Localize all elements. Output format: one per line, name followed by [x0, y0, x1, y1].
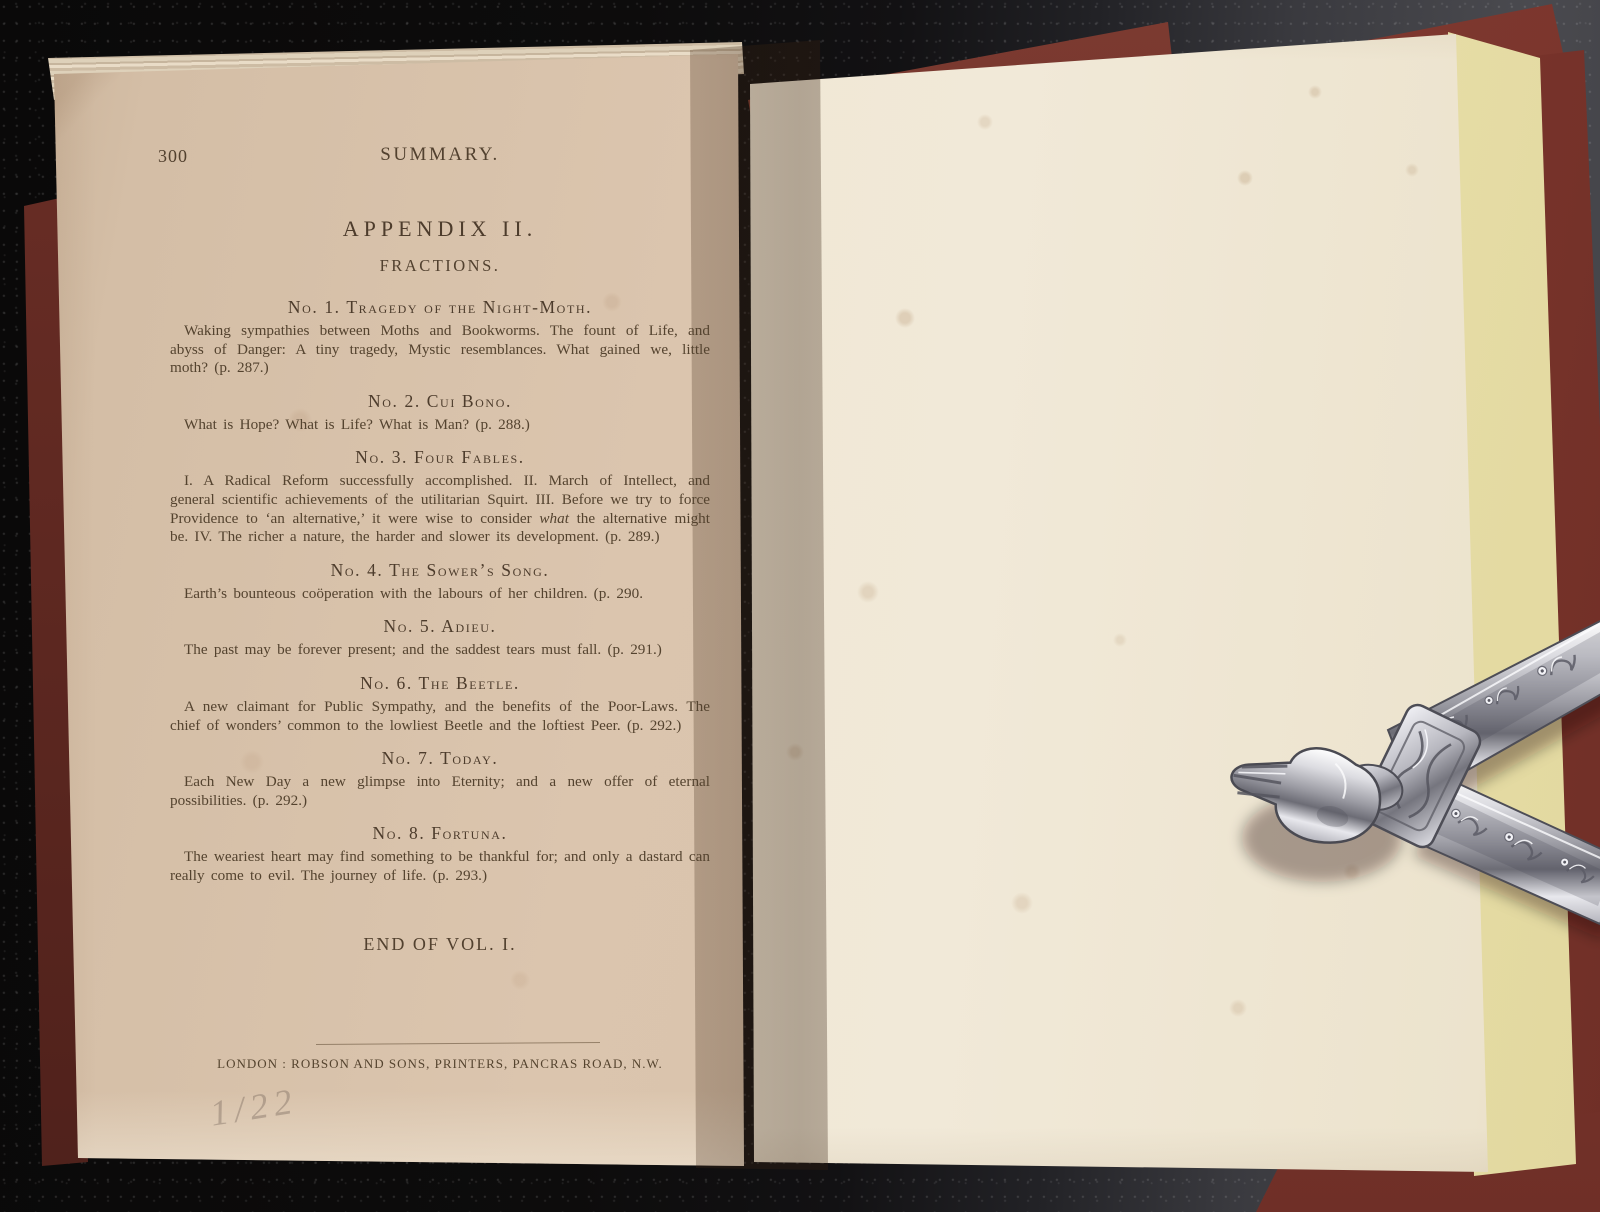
page-number: 300	[158, 146, 188, 167]
appendix-subtitle: FRACTIONS.	[170, 256, 710, 276]
printer-imprint: LONDON : ROBSON AND SONS, PRINTERS, PANC…	[170, 1056, 710, 1072]
section-body: Earth’s bounteous coöperation with the l…	[170, 585, 710, 604]
summary-section: No. 4. The Sower’s Song. Earth’s bounteo…	[170, 560, 710, 604]
section-body: The past may be forever present; and the…	[170, 641, 710, 660]
section-heading: No. 1. Tragedy of the Night-Moth.	[170, 297, 710, 317]
section-heading: No. 5. Adieu.	[170, 616, 710, 636]
appendix-title: APPENDIX II.	[170, 216, 710, 242]
pencil-mark: 1/22	[207, 1079, 301, 1134]
section-heading: No. 3. Four Fables.	[170, 447, 710, 467]
summary-section: No. 2. Cui Bono. What is Hope? What is L…	[170, 391, 710, 435]
section-body: Waking sympathies between Moths and Book…	[170, 322, 710, 378]
section-heading: No. 6. The Beetle.	[170, 673, 710, 693]
running-head: SUMMARY.	[170, 144, 710, 166]
end-of-volume-note: END OF VOL. I.	[170, 934, 710, 955]
section-heading: No. 7. Today.	[170, 748, 710, 768]
summary-section: No. 7. Today. Each New Day a new glimpse…	[170, 748, 710, 810]
summary-section: No. 1. Tragedy of the Night-Moth. Waking…	[170, 297, 710, 378]
sections: No. 1. Tragedy of the Night-Moth. Waking…	[170, 284, 710, 886]
section-heading: No. 4. The Sower’s Song.	[170, 560, 710, 580]
imprint-rule	[316, 1042, 600, 1045]
summary-section: No. 5. Adieu. The past may be forever pr…	[170, 616, 710, 660]
section-body: What is Hope? What is Life? What is Man?…	[170, 416, 710, 435]
section-body: The weariest heart may find something to…	[170, 848, 710, 885]
summary-section: No. 8. Fortuna. The weariest heart may f…	[170, 823, 710, 885]
printed-summary-page: 300 SUMMARY. APPENDIX II. FRACTIONS. No.…	[170, 0, 710, 1212]
book-clasp	[1180, 560, 1600, 960]
section-heading: No. 2. Cui Bono.	[170, 391, 710, 411]
section-body: A new claimant for Public Sympathy, and …	[170, 698, 710, 735]
section-body: Each New Day a new glimpse into Eternity…	[170, 773, 710, 810]
photo-scene: 300 SUMMARY. APPENDIX II. FRACTIONS. No.…	[0, 0, 1600, 1212]
page-header: 300 SUMMARY.	[170, 144, 710, 166]
section-heading: No. 8. Fortuna.	[170, 823, 710, 843]
summary-section: No. 6. The Beetle. A new claimant for Pu…	[170, 673, 710, 735]
summary-section: No. 3. Four Fables. I. A Radical Reform …	[170, 447, 710, 546]
section-body: I. A Radical Reform successfully accompl…	[170, 472, 710, 546]
